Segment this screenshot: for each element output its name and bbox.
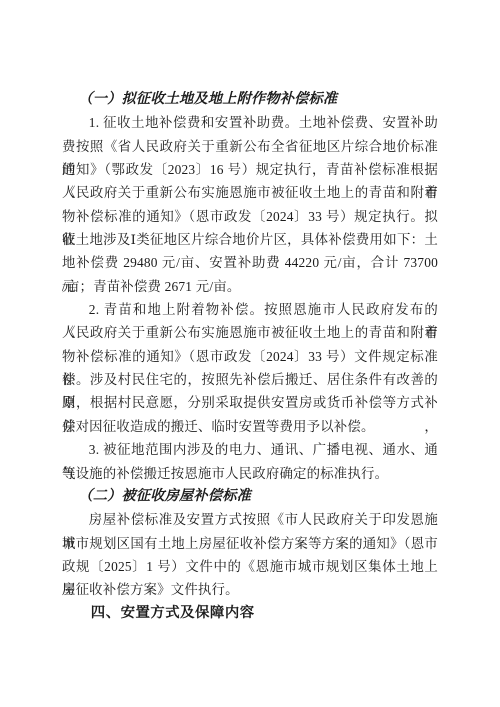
text-line: 城市规划区国有土地上房屋征收补偿方案等方案的通知》（恩市	[62, 532, 438, 555]
text-line: 1. 征收土地补偿费和安置补助费。土地补偿费、安置补助	[62, 111, 438, 134]
text-line: 偿。涉及村民住宅的，按照先补偿后搬迁、居住条件有改善的原	[62, 368, 438, 391]
text-line: 人民政府关于重新公布实施恩施市被征收土地上的青苗和附着	[62, 181, 438, 204]
document-body: （一）拟征收土地及地上附作物补偿标准1. 征收土地补偿费和安置补助费。土地补偿费…	[62, 88, 438, 625]
text-line: 地补偿费 29480 元/亩、安置补助费 44220 元/亩，合计 73700 …	[62, 251, 438, 274]
text-line: 四、安置方式及保障内容	[62, 602, 438, 625]
document-page: （一）拟征收土地及地上附作物补偿标准1. 征收土地补偿费和安置补助费。土地补偿费…	[0, 0, 500, 707]
text-line: 人民政府关于重新公布实施恩施市被征收土地上的青苗和附着	[62, 321, 438, 344]
text-line: 3. 被征地范围内涉及的电力、通讯、广播电视、通水、通气	[62, 438, 438, 461]
text-line: 房屋补偿标准及安置方式按照《市人民政府关于印发恩施市	[62, 508, 438, 531]
text-line: （二）被征收房屋补偿标准	[62, 485, 438, 508]
text-line: /亩；青苗补偿费 2671 元/亩。	[62, 275, 438, 298]
text-line: 费按照《省人民政府关于重新公布全省征地区片综合地价标准的	[62, 135, 438, 158]
text-line: 等设施的补偿搬迁按恩施市人民政府确定的标准执行。	[62, 462, 438, 485]
text-line: 则，根据村民意愿，分别采取提供安置房或货币补偿等方式补偿，	[62, 391, 438, 414]
text-line: 收土地涉及Ⅰ类征地区片综合地价片区，具体补偿费用如下：土	[62, 228, 438, 251]
text-line: 政规〔2025〕1 号）文件中的《恩施市城市规划区集体土地上房	[62, 555, 438, 578]
text-line: 物补偿标准的通知》（恩市政发〔2024〕33 号）文件规定标准补	[62, 345, 438, 368]
text-line: 2. 青苗和地上附着物补偿。按照恩施市人民政府发布的《市	[62, 298, 438, 321]
text-line: 物补偿标准的通知》（恩市政发〔2024〕33 号）规定执行。拟征	[62, 205, 438, 228]
text-line: 屋征收补偿方案》文件执行。	[62, 578, 438, 601]
text-line: （一）拟征收土地及地上附作物补偿标准	[62, 88, 438, 111]
text-line: 通知》（鄂政发〔2023〕16 号）规定执行，青苗补偿标准根据《市	[62, 158, 438, 181]
